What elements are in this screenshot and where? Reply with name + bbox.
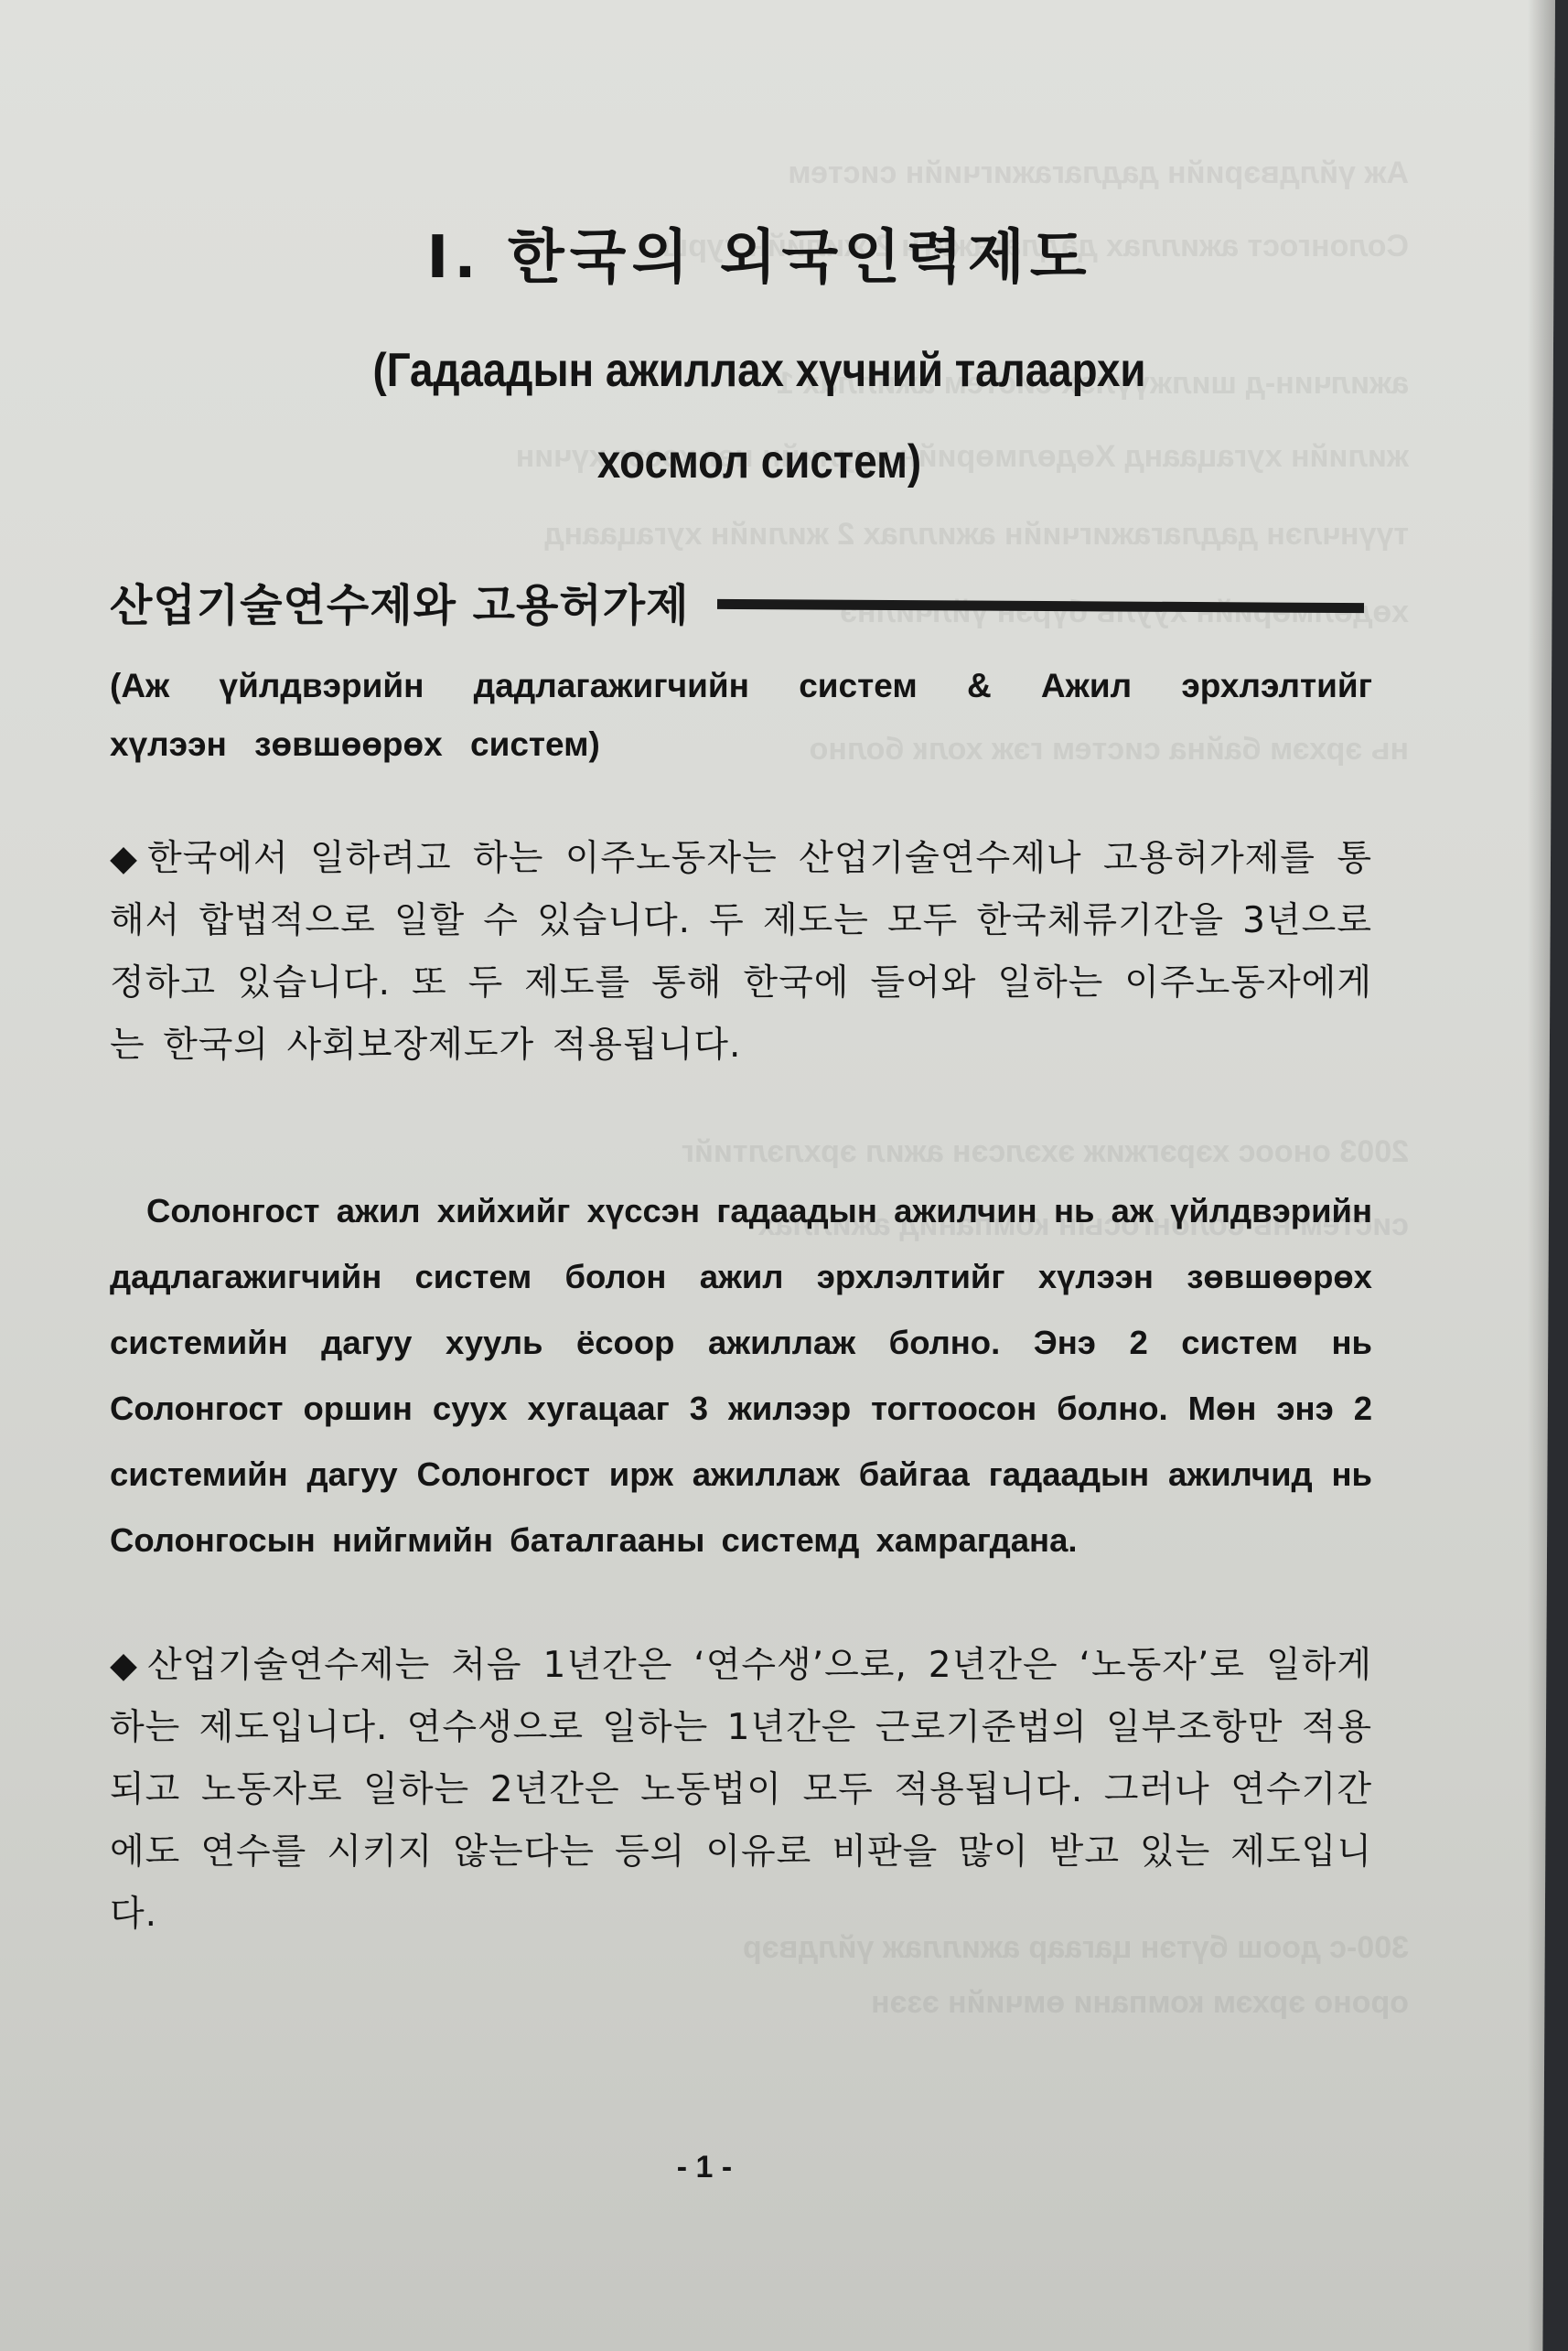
chapter-subtitle-line-2: хосмол систем) bbox=[91, 416, 1428, 508]
section-subheading: (Аж үйлдвэрийн дадлагажигчийн систем & А… bbox=[110, 657, 1372, 774]
paragraph-text: 산업기술연수제는 처음 1년간은 ‘연수생’으로, 2년간은 ‘노동자’로 일하… bbox=[110, 1645, 1372, 1935]
section-heading-row: 산업기술연수제와 고용허가제 bbox=[110, 569, 1363, 633]
paragraph-text: 한국에서 일하려고 하는 이주노동자는 산업기술연수제나 고용허가제를 통해서 … bbox=[110, 838, 1372, 1066]
chapter-subtitle-line-1: (Гадаадын ажиллах хүчний талаархи bbox=[91, 325, 1428, 416]
page-edge-shadow bbox=[1528, 0, 1555, 2351]
diamond-bullet-icon: ◆ bbox=[110, 828, 138, 890]
bleed-through-line: 2003 оноос хэрэгжиж эхэлсэн ажил эрхлэлт… bbox=[110, 1116, 1409, 1187]
book-page: Аж үйлдвэрийн дадлагажигчийн систем Соло… bbox=[0, 0, 1555, 2351]
diamond-bullet-icon: ◆ bbox=[110, 1635, 138, 1697]
paragraph-text: Солонгост ажил хийхийг хүссэн гадаадын а… bbox=[110, 1192, 1372, 1559]
paragraph-korean-intro: ◆한국에서 일하려고 하는 이주노동자는 산업기술연수제나 고용허가제를 통해서… bbox=[110, 828, 1372, 1077]
section-heading: 산업기술연수제와 고용허가제 bbox=[110, 570, 690, 633]
paragraph-korean-training-system: ◆산업기술연수제는 처음 1년간은 ‘연수생’으로, 2년간은 ‘노동자’로 일… bbox=[110, 1635, 1372, 1946]
bleed-through-line: Аж үйлдвэрийн дадлагажигчийн систем bbox=[110, 137, 1409, 209]
page-number: - 1 - bbox=[0, 2150, 1409, 2185]
section-rule-divider bbox=[716, 598, 1363, 612]
chapter-title: Ⅰ. 한국의 외국인력제도 bbox=[0, 210, 1519, 295]
chapter-subtitle: (Гадаадын ажиллах хүчний талаархи хосмол… bbox=[91, 325, 1428, 508]
bleed-through-line: түүнчлэн дадлагажигчийн ажиллах 2 жилийн… bbox=[110, 499, 1409, 570]
bleed-through-line: ороно эрхэм компани өмчийн эзэн bbox=[110, 1967, 1409, 2038]
paragraph-mongolian-intro: Солонгост ажил хийхийг хүссэн гадаадын а… bbox=[110, 1178, 1372, 1573]
